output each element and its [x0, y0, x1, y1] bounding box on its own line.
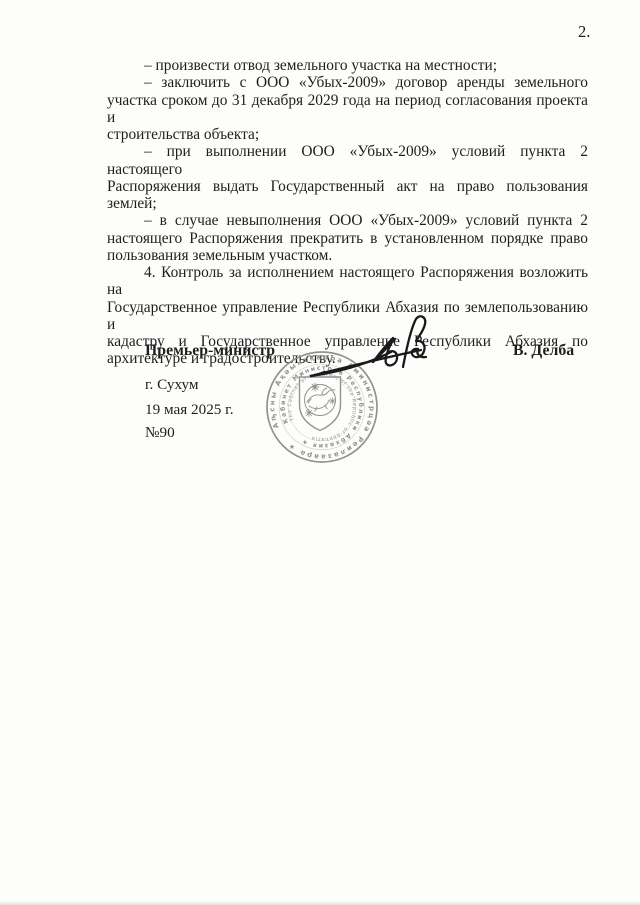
paragraph: – при выполнении ООО «Убых-2009» условий…: [107, 143, 588, 212]
text-line: 4. Контроль за исполнением настоящего Ра…: [107, 264, 588, 299]
text-line: – при выполнении ООО «Убых-2009» условий…: [107, 143, 588, 178]
star-icon: [305, 409, 312, 416]
document-page: 2. – произвести отвод земельного участка…: [0, 0, 640, 905]
page-number: 2.: [578, 22, 590, 42]
paragraph: – в случае невыполнения ООО «Убых-2009» …: [107, 212, 588, 264]
text-line: пользования земельным участком.: [107, 247, 588, 264]
text-line: – заключить с ООО «Убых-2009» договор ар…: [107, 74, 588, 91]
document-city: г. Сухум: [145, 376, 198, 394]
handwritten-signature: [295, 308, 443, 386]
signature-stroke: [403, 316, 426, 367]
star-icon: [329, 398, 336, 405]
text-line: Распоряжения выдать Государственный акт …: [107, 178, 588, 213]
scan-edge-shadow: [0, 901, 640, 905]
text-line: настоящего Распоряжения прекратить в уст…: [107, 230, 588, 247]
text-line: – произвести отвод земельного участка на…: [107, 57, 588, 74]
signature-stroke: [373, 338, 397, 365]
text-line: участка сроком до 31 декабря 2029 года н…: [107, 92, 588, 127]
paragraph: – заключить с ООО «Убых-2009» договор ар…: [107, 74, 588, 143]
signer-title: Премьер-министр: [145, 342, 275, 360]
document-date: 19 мая 2025 г.: [145, 401, 234, 419]
text-line: – в случае невыполнения ООО «Убых-2009» …: [107, 212, 588, 229]
signer-name: В. Делба: [513, 342, 574, 360]
document-number: №90: [145, 424, 175, 442]
paragraph: – произвести отвод земельного участка на…: [107, 57, 588, 74]
text-line: строительства объекта;: [107, 126, 588, 143]
